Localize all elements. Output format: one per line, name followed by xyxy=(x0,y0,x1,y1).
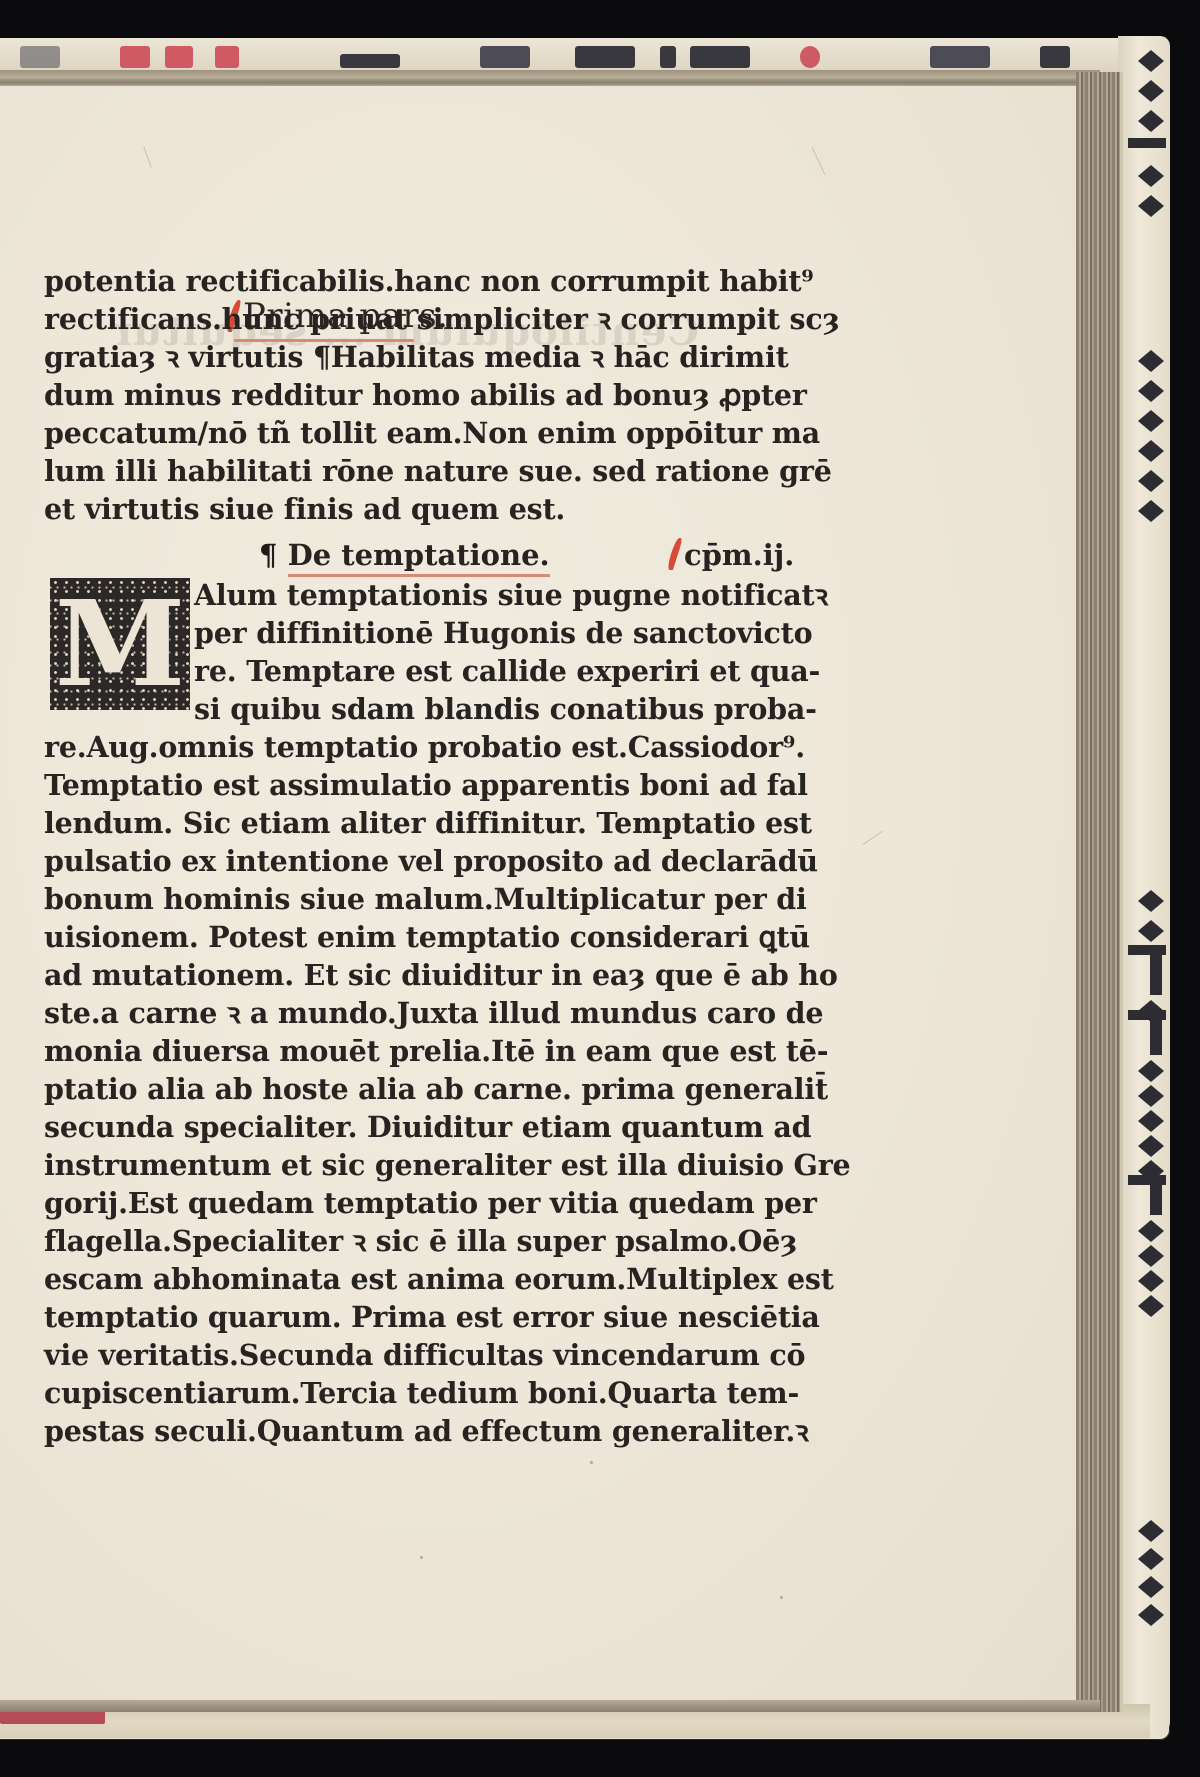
text-line: instrumentum et sic generaliter est illa… xyxy=(44,1146,850,1184)
text-line: ptatio alia ab hoste alia ab carne. prim… xyxy=(44,1070,828,1108)
text-line: peccatum/nō tñ tollit eam.Non enim oppōi… xyxy=(44,414,820,452)
text-line: re.Aug.omnis temptatio probatio est.Cass… xyxy=(44,728,805,766)
text-line: lum illi habilitati rōne nature sue. sed… xyxy=(44,452,832,490)
paper-fiber xyxy=(862,831,882,846)
page-block-fore-edge xyxy=(1076,72,1123,1712)
binding-red-dot xyxy=(800,46,820,68)
text-line: pulsatio ex intentione vel proposito ad … xyxy=(44,842,818,880)
section-heading: ¶ De temptatione. xyxy=(259,538,550,577)
text-line: gratiaȝ ꝛ virtutis ¶Habilitas media ꝛ hā… xyxy=(44,338,789,376)
spine-letter-bar xyxy=(1128,138,1166,148)
paper-fiber xyxy=(143,146,151,167)
binding-glyph xyxy=(575,46,635,68)
binding-red-band xyxy=(0,1710,105,1724)
text-line: gorij.Est quedam temptatio per vitia que… xyxy=(44,1184,817,1222)
text-line: re. Temptare est callide experiri et qua… xyxy=(194,652,820,690)
text-line: flagella.Specialiter ꝛ sic ē illa super … xyxy=(44,1222,797,1260)
spine-letter-bar xyxy=(1128,945,1166,955)
text-line: bonum hominis siue malum.Multiplicatur p… xyxy=(44,880,807,918)
binding-red-glyph xyxy=(165,46,193,68)
page-block-bottom-edge xyxy=(0,1700,1100,1712)
paper-fiber xyxy=(812,147,826,175)
spine-letter-stem xyxy=(1150,955,1162,995)
text-line: vie veritatis.Secunda difficultas vincen… xyxy=(44,1336,805,1374)
binding-spine-edge xyxy=(1118,36,1170,1736)
spine-letter-bar xyxy=(1128,1010,1166,1020)
decorated-initial: M xyxy=(50,578,190,710)
paper-spot xyxy=(590,1461,593,1464)
spine-letter-bar xyxy=(1128,1175,1166,1185)
text-line: monia diuersa mouēt prelia.Itē in eam qu… xyxy=(44,1032,828,1070)
text-line: Alum temptationis siue pugne notificatꝛ xyxy=(194,576,828,614)
binding-glyph xyxy=(660,46,676,68)
binding-red-glyph xyxy=(120,46,150,68)
text-line: pestas seculi.Quantum ad effectum genera… xyxy=(44,1412,808,1450)
binding-red-glyph xyxy=(215,46,239,68)
text-line: et virtutis siue finis ad quem est. xyxy=(44,490,565,528)
folio-text: cp̄m.ij. xyxy=(684,538,794,572)
text-line: temptatio quarum. Prima est error siue n… xyxy=(44,1298,820,1336)
text-line: uisionem. Potest enim temptatio consider… xyxy=(44,918,810,956)
spine-letter-stem xyxy=(1150,1020,1162,1055)
binding-glyph xyxy=(480,46,530,68)
text-line: secunda specialiter. Diuiditur etiam qua… xyxy=(44,1108,811,1146)
text-line: potentia rectificabilis.hanc non corrump… xyxy=(44,262,814,300)
binding-glyph xyxy=(1040,46,1070,68)
binding-glyph xyxy=(690,46,750,68)
text-line: ad mutationem. Et sic diuiditur in eaȝ q… xyxy=(44,956,838,994)
binding-glyph xyxy=(20,46,60,68)
text-line: per diffinitionē Hugonis de sanctovicto xyxy=(194,614,812,652)
binding-glyph xyxy=(340,54,400,68)
spine-letter-stem xyxy=(1150,1185,1162,1215)
text-line: si quibu sdam blandis conatibus proba- xyxy=(194,690,817,728)
text-line: rectificans.hunc priuat simpliciter ꝛ co… xyxy=(44,300,840,338)
binding-glyph xyxy=(930,46,990,68)
text-line: lendum. Sic etiam aliter diffinitur. Tem… xyxy=(44,804,812,842)
text-line: dum minus redditur homo abilis ad bonuȝ … xyxy=(44,376,807,414)
section-heading-text: De temptatione. xyxy=(288,538,550,577)
text-line: escam abhominata est anima eorum.Multipl… xyxy=(44,1260,834,1298)
paper-spot xyxy=(420,1556,423,1559)
text-line: cupiscentiarum.Tercia tedium boni.Quarta… xyxy=(44,1374,799,1412)
pilcrow-icon: ¶ xyxy=(259,538,277,572)
binding-top-edge xyxy=(0,38,1150,74)
text-line: Temptatio est assimulatio apparentis bon… xyxy=(44,766,808,804)
folio-marker: cp̄m.ij. xyxy=(671,538,794,572)
paper-spot xyxy=(780,1596,783,1599)
initial-letter: M xyxy=(55,585,186,703)
text-line: ste.a carne ꝛ a mundo.Juxta illud mundus… xyxy=(44,994,823,1032)
